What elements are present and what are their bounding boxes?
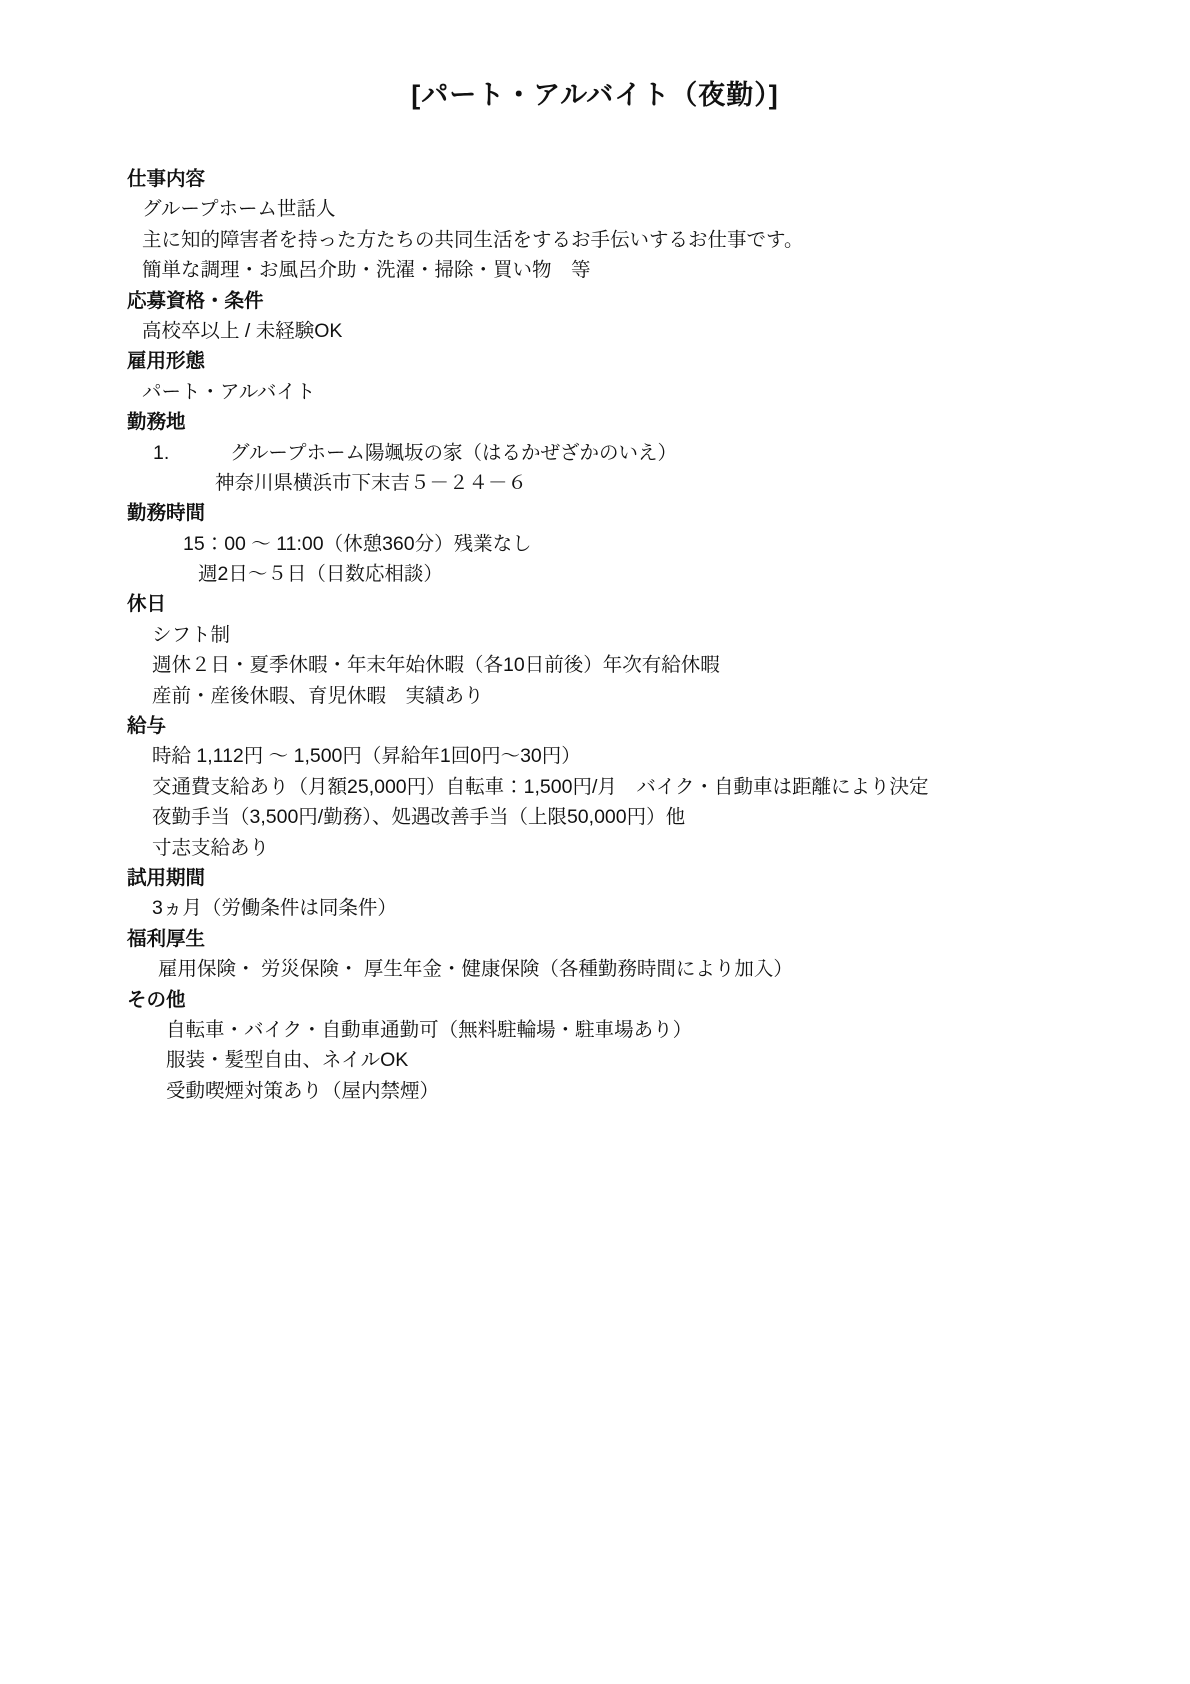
section-heading: 勤務地 (0, 407, 1190, 437)
line-text: シフト制 (152, 624, 230, 646)
line-text: グループホーム陽颯坂の家（はるかぜざかのいえ） (230, 442, 677, 464)
section-line: 1.グループホーム陽颯坂の家（はるかぜざかのいえ） (0, 438, 1190, 468)
job-posting-page: [パート・アルバイト（夜勤）] 仕事内容グループホーム世話人主に知的障害者を持っ… (0, 0, 1190, 1684)
section-line: シフト制 (0, 620, 1190, 650)
section-line: 週休２日・夏季休暇・年末年始休暇（各10日前後）年次有給休暇 (0, 650, 1190, 680)
section-line: 簡単な調理・お風呂介助・洗濯・掃除・買い物 等 (0, 255, 1190, 285)
line-text: 神奈川県横浜市下末吉５－２４－６ (215, 472, 527, 494)
line-text: 夜勤手当（3,500円/勤務）、処遇改善手当（上限50,000円）他 (152, 806, 685, 828)
section-heading: 福利厚生 (0, 924, 1190, 954)
section-line: パート・アルバイト (0, 377, 1190, 407)
line-text: 産前・産後休暇、育児休暇 実績あり (152, 685, 484, 707)
section-line: 時給 1,112円 ～ 1,500円（昇給年1回0円～30円） (0, 741, 1190, 771)
line-text: 受動喫煙対策あり（屋内禁煙） (166, 1080, 439, 1102)
section-line: 服装・髪型自由、ネイルOK (0, 1045, 1190, 1075)
section-line: 雇用保険・ 労災保険・ 厚生年金・健康保険（各種勤務時間により加入） (0, 954, 1190, 984)
line-text: 週休２日・夏季休暇・年末年始休暇（各10日前後）年次有給休暇 (152, 654, 720, 676)
section-heading: 試用期間 (0, 863, 1190, 893)
section-heading: 雇用形態 (0, 346, 1190, 376)
section-heading: 仕事内容 (0, 164, 1190, 194)
section-line: 3ヵ月（労働条件は同条件） (0, 893, 1190, 923)
line-text: 交通費支給あり（月額25,000円）自転車：1,500円/月 バイク・自動車は距… (152, 776, 928, 798)
section-heading: 勤務時間 (0, 498, 1190, 528)
line-text: 時給 1,112円 ～ 1,500円（昇給年1回0円～30円） (152, 745, 581, 767)
job-details-list: 仕事内容グループホーム世話人主に知的障害者を持った方たちの共同生活をするお手伝い… (0, 164, 1190, 1106)
section-heading: 給与 (0, 711, 1190, 741)
line-text: 雇用保険・ 労災保険・ 厚生年金・健康保険（各種勤務時間により加入） (158, 958, 793, 980)
line-text: 3ヵ月（労働条件は同条件） (152, 897, 397, 919)
section-line: 高校卒以上 / 未経験OK (0, 316, 1190, 346)
section-line: 神奈川県横浜市下末吉５－２４－６ (0, 468, 1190, 498)
line-text: 寸志支給あり (152, 837, 269, 859)
list-number: 1. (153, 438, 230, 468)
section-heading: 応募資格・条件 (0, 286, 1190, 316)
line-text: 高校卒以上 / 未経験OK (142, 320, 342, 342)
line-text: 週2日～５日（日数応相談） (198, 563, 443, 585)
section-line: 受動喫煙対策あり（屋内禁煙） (0, 1076, 1190, 1106)
section-line: 夜勤手当（3,500円/勤務）、処遇改善手当（上限50,000円）他 (0, 802, 1190, 832)
section-line: 自転車・バイク・自動車通勤可（無料駐輪場・駐車場あり） (0, 1015, 1190, 1045)
section-heading: その他 (0, 985, 1190, 1015)
line-text: グループホーム世話人 (142, 198, 335, 220)
line-text: 服装・髪型自由、ネイルOK (166, 1049, 408, 1071)
section-heading: 休日 (0, 589, 1190, 619)
page-title: [パート・アルバイト（夜勤）] (0, 0, 1190, 112)
section-line: 主に知的障害者を持った方たちの共同生活をするお手伝いするお仕事です。 (0, 225, 1190, 255)
section-line: 寸志支給あり (0, 833, 1190, 863)
line-text: 自転車・バイク・自動車通勤可（無料駐輪場・駐車場あり） (166, 1019, 692, 1041)
line-text: 簡単な調理・お風呂介助・洗濯・掃除・買い物 等 (142, 259, 591, 281)
line-text: 15：00 ～ 11:00（休憩360分）残業なし (183, 533, 532, 555)
section-line: 産前・産後休暇、育児休暇 実績あり (0, 681, 1190, 711)
line-text: 主に知的障害者を持った方たちの共同生活をするお手伝いするお仕事です。 (142, 229, 803, 251)
line-text: パート・アルバイト (142, 381, 315, 403)
section-line: 15：00 ～ 11:00（休憩360分）残業なし (0, 529, 1190, 559)
section-line: 交通費支給あり（月額25,000円）自転車：1,500円/月 バイク・自動車は距… (0, 772, 1190, 802)
section-line: グループホーム世話人 (0, 194, 1190, 224)
section-line: 週2日～５日（日数応相談） (0, 559, 1190, 589)
